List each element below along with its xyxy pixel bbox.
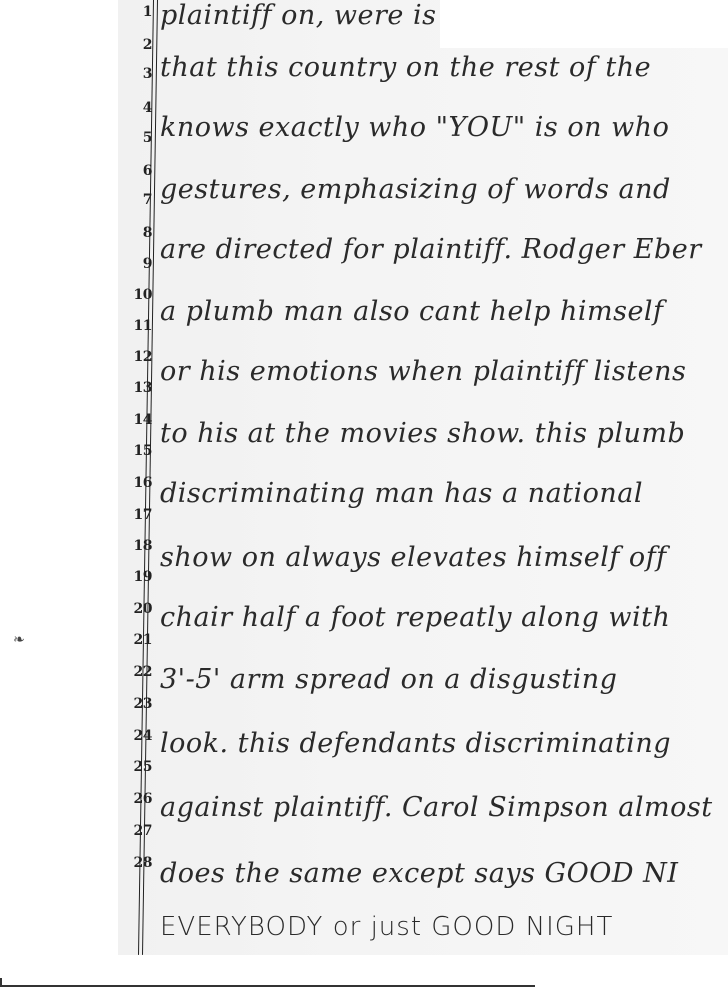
line-number: 25 [118, 759, 152, 775]
line-number: 8 [118, 225, 152, 241]
line-number: 6 [118, 163, 152, 179]
handwritten-line: 3'-5' arm spread on a disgusting [160, 664, 617, 695]
line-number: 5 [118, 130, 152, 146]
handwritten-line: that this country on the rest of the [160, 52, 651, 83]
line-number: 2 [118, 37, 152, 53]
handwritten-line: EVERYBODY or just GOOD NIGHT [160, 912, 613, 942]
handwritten-line: or his emotions when plaintiff listens [160, 356, 686, 387]
line-number: 10 [118, 287, 152, 303]
scanned-page: ❧ 1 2 3 4 5 6 7 8 9 10 11 12 13 14 15 16… [0, 0, 728, 989]
handwritten-line: chair half a foot repeatly along with [160, 602, 670, 633]
handwritten-line: plaintiff on, were is [160, 0, 436, 31]
line-number: 24 [118, 728, 152, 744]
line-number: 1 [118, 4, 152, 20]
scan-margin-bottom [118, 955, 728, 989]
line-number: 27 [118, 823, 152, 839]
line-number: 17 [118, 507, 152, 523]
bottom-rule [0, 985, 535, 987]
handwritten-line: are directed for plaintiff. Rodger Eber [160, 234, 702, 265]
handwritten-line: against plaintiff. Carol Simpson almost [160, 792, 713, 823]
handwritten-line: gestures, emphasizing of words and [160, 174, 671, 205]
handwritten-line: look. this defendants discriminating [160, 728, 671, 759]
handwritten-line: knows exactly who "YOU" is on who [160, 112, 669, 143]
handwritten-line: does the same except says GOOD NI [160, 858, 678, 889]
handwritten-line: show on always elevates himself off [160, 542, 667, 573]
line-number: 9 [118, 256, 152, 272]
line-number: 16 [118, 475, 152, 491]
line-number: 4 [118, 100, 152, 116]
stray-ink-mark: ❧ [13, 632, 25, 648]
handwritten-line: discriminating man has a national [160, 478, 643, 509]
line-number: 28 [118, 855, 152, 871]
handwritten-line: to his at the movies show. this plumb [160, 418, 685, 449]
line-number: 18 [118, 538, 152, 554]
handwritten-line: a plumb man also cant help himself [160, 296, 664, 327]
scan-edge-top [440, 0, 728, 48]
line-number: 3 [118, 66, 152, 82]
line-number: 26 [118, 791, 152, 807]
line-number: 7 [118, 192, 152, 208]
